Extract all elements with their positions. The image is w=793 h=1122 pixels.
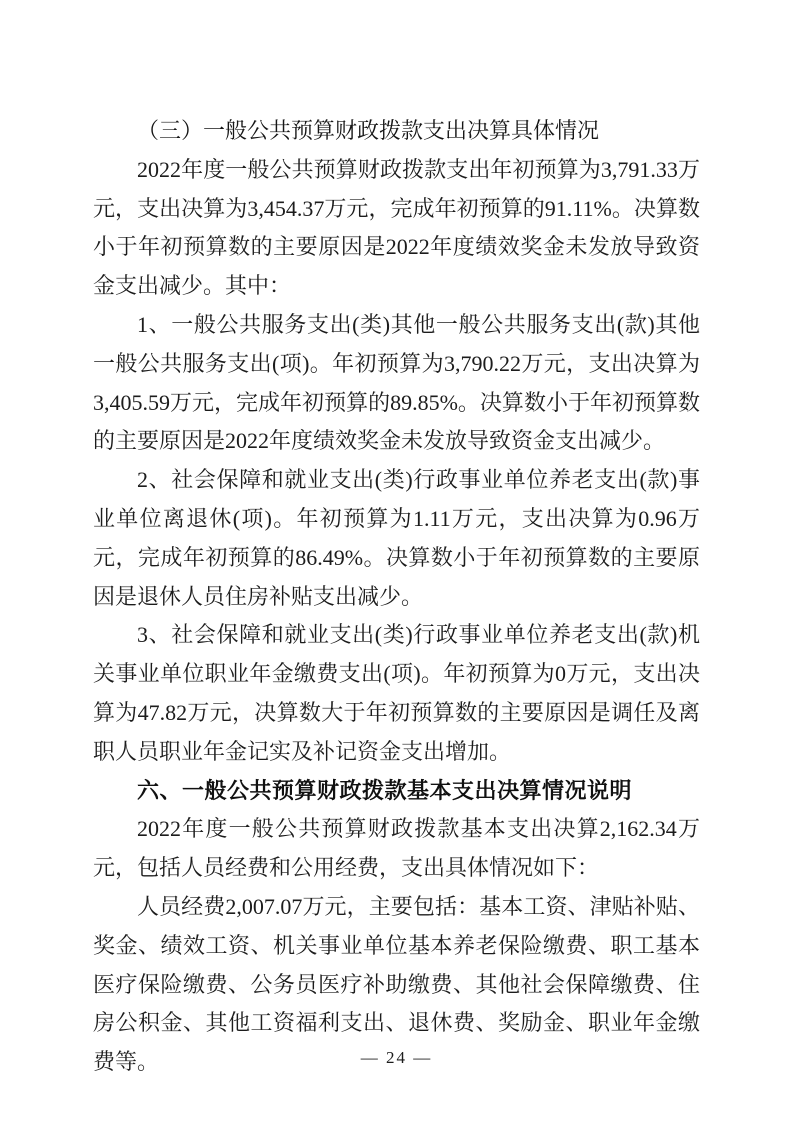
paragraph-item-2: 2、社会保障和就业支出(类)行政事业单位养老支出(款)事业单位离退休(项)。年初…: [93, 461, 700, 616]
paragraph-item-1: 1、一般公共服务支出(类)其他一般公共服务支出(款)其他一般公共服务支出(项)。…: [93, 306, 700, 461]
page-footer: — 24 —: [0, 1048, 793, 1068]
document-page: （三）一般公共预算财政拨款支出决算具体情况 2022年度一般公共预算财政拨款支出…: [0, 0, 793, 1122]
paragraph-item-3: 3、社会保障和就业支出(类)行政事业单位养老支出(款)机关事业单位职业年金缴费支…: [93, 616, 700, 771]
section-heading-6: 六、一般公共预算财政拨款基本支出决算情况说明: [93, 772, 700, 811]
paragraph-overview: 2022年度一般公共预算财政拨款支出年初预算为3,791.33万元，支出决算为3…: [93, 151, 700, 306]
subsection-heading-3: （三）一般公共预算财政拨款支出决算具体情况: [93, 112, 700, 151]
page-number: — 24 —: [361, 1048, 433, 1067]
paragraph-basic-expenditure: 2022年度一般公共预算财政拨款基本支出决算2,162.34万元，包括人员经费和…: [93, 810, 700, 888]
